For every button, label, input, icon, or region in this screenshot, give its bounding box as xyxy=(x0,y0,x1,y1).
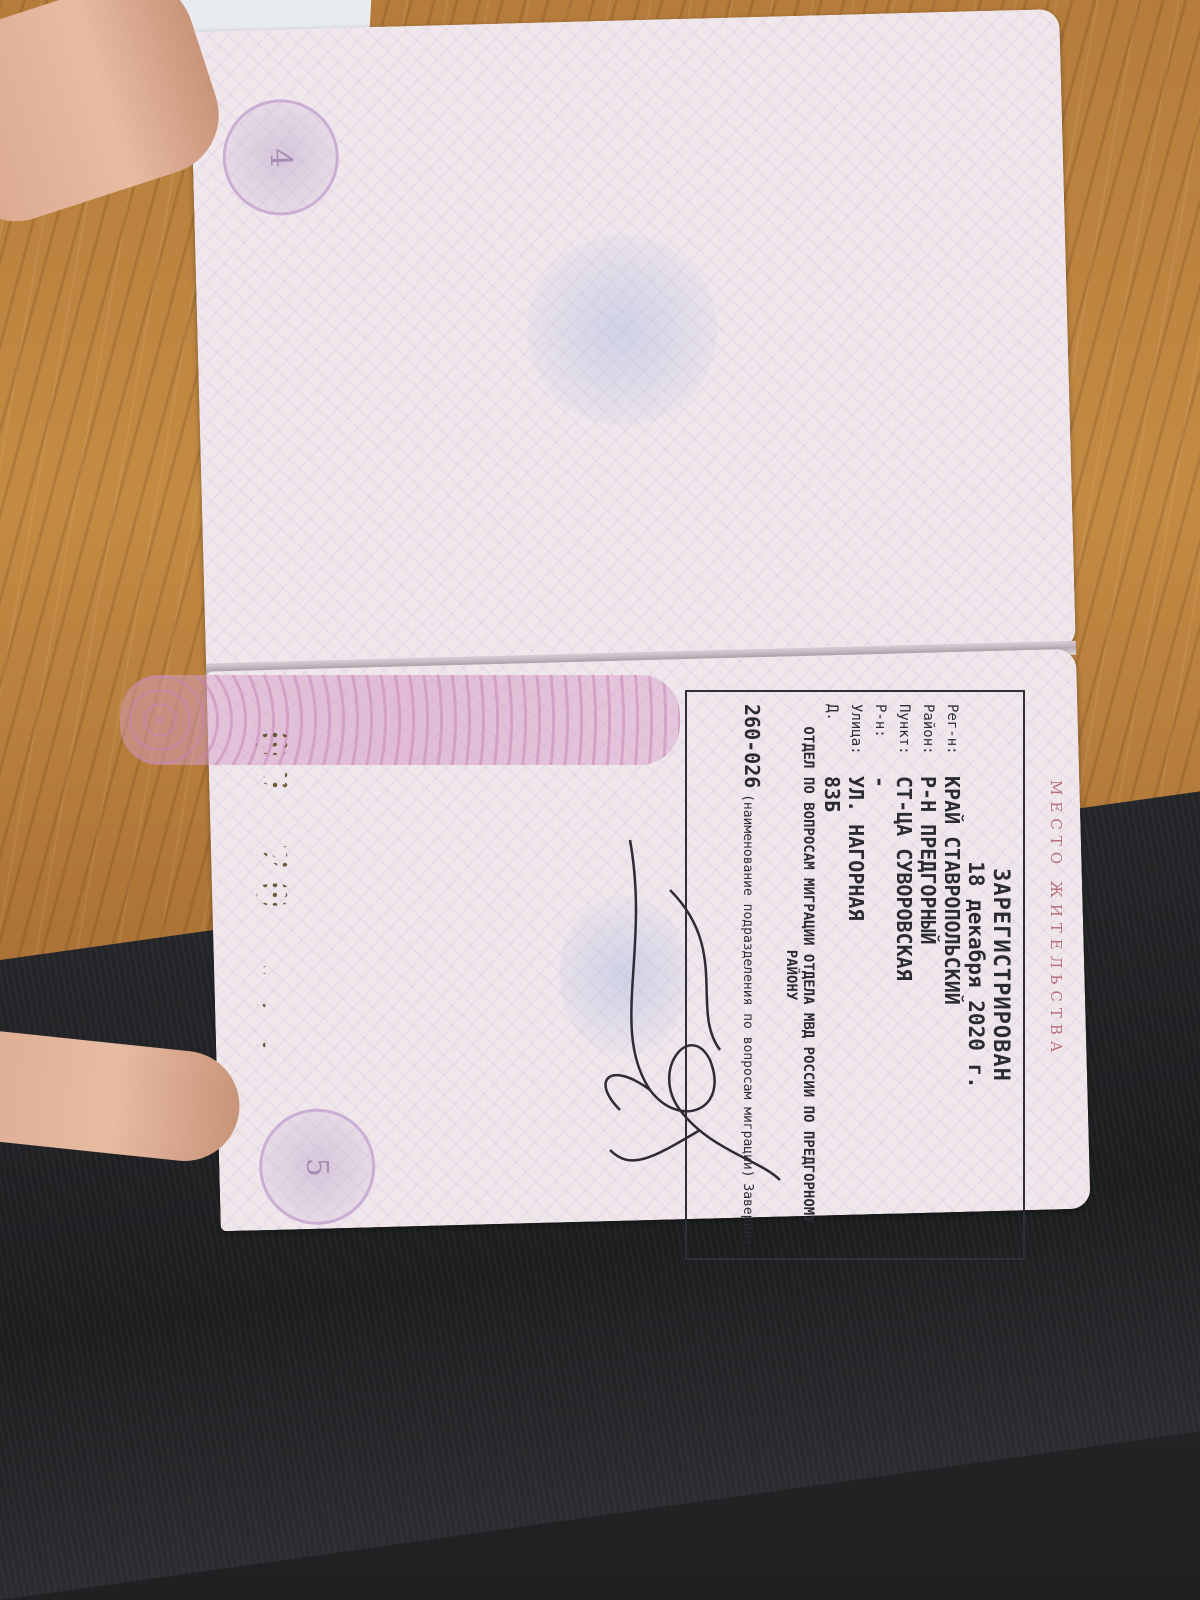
row-label: Пункт: xyxy=(892,704,916,776)
row-value: СТ-ЦА СУВОРОВСКАЯ xyxy=(892,776,916,981)
row-value: КРАЙ СТАВРОПОЛЬСКИЙ xyxy=(940,776,964,1005)
stamp-row: Район:Р-Н ПРЕДГОРНЫЙ xyxy=(916,704,940,1246)
page-number: 5 xyxy=(299,1157,334,1177)
row-label: Р-н: xyxy=(868,704,892,776)
page-number-ornament-icon: 4 xyxy=(221,98,340,217)
passport-page-top: 4 xyxy=(189,9,1075,672)
stamp-row: Пункт:СТ-ЦА СУВОРОВСКАЯ xyxy=(892,704,916,1246)
row-value: 83Б xyxy=(820,776,844,812)
stamp-row: Р-н:- xyxy=(868,704,892,1246)
section-title: МЕСТО ЖИТЕЛЬСТВА xyxy=(1047,780,1065,1058)
row-value: УЛ. НАГОРНАЯ xyxy=(844,776,868,921)
row-label: Д. xyxy=(820,704,844,776)
watermark-emblem-icon xyxy=(525,233,720,428)
signature-icon xyxy=(590,830,790,1190)
stamp-row: Рег-н:КРАЙ СТАВРОПОЛЬСКИЙ xyxy=(940,704,964,1246)
page-number: 4 xyxy=(263,147,298,167)
row-label: Улица: xyxy=(844,704,868,776)
decorative-band xyxy=(120,675,680,765)
stamp-row: Д.83Б xyxy=(820,704,844,1246)
page-number-ornament-icon: 5 xyxy=(258,1107,377,1226)
stamp-title: ЗАРЕГИСТРИРОВАН xyxy=(988,704,1013,1246)
department-code: 260-026 xyxy=(740,704,764,788)
stamp-date: 18 декабря 2020 г. xyxy=(964,704,988,1246)
row-value: Р-Н ПРЕДГОРНЫЙ xyxy=(916,776,940,945)
row-label: Район: xyxy=(916,704,940,776)
serial-perforation: 07 20 ... xyxy=(246,730,300,1069)
certified-label: Заверил: xyxy=(740,1183,755,1246)
row-value: - xyxy=(868,776,892,788)
stamp-row: Улица:УЛ. НАГОРНАЯ xyxy=(844,704,868,1246)
row-label: Рег-н: xyxy=(940,704,964,776)
